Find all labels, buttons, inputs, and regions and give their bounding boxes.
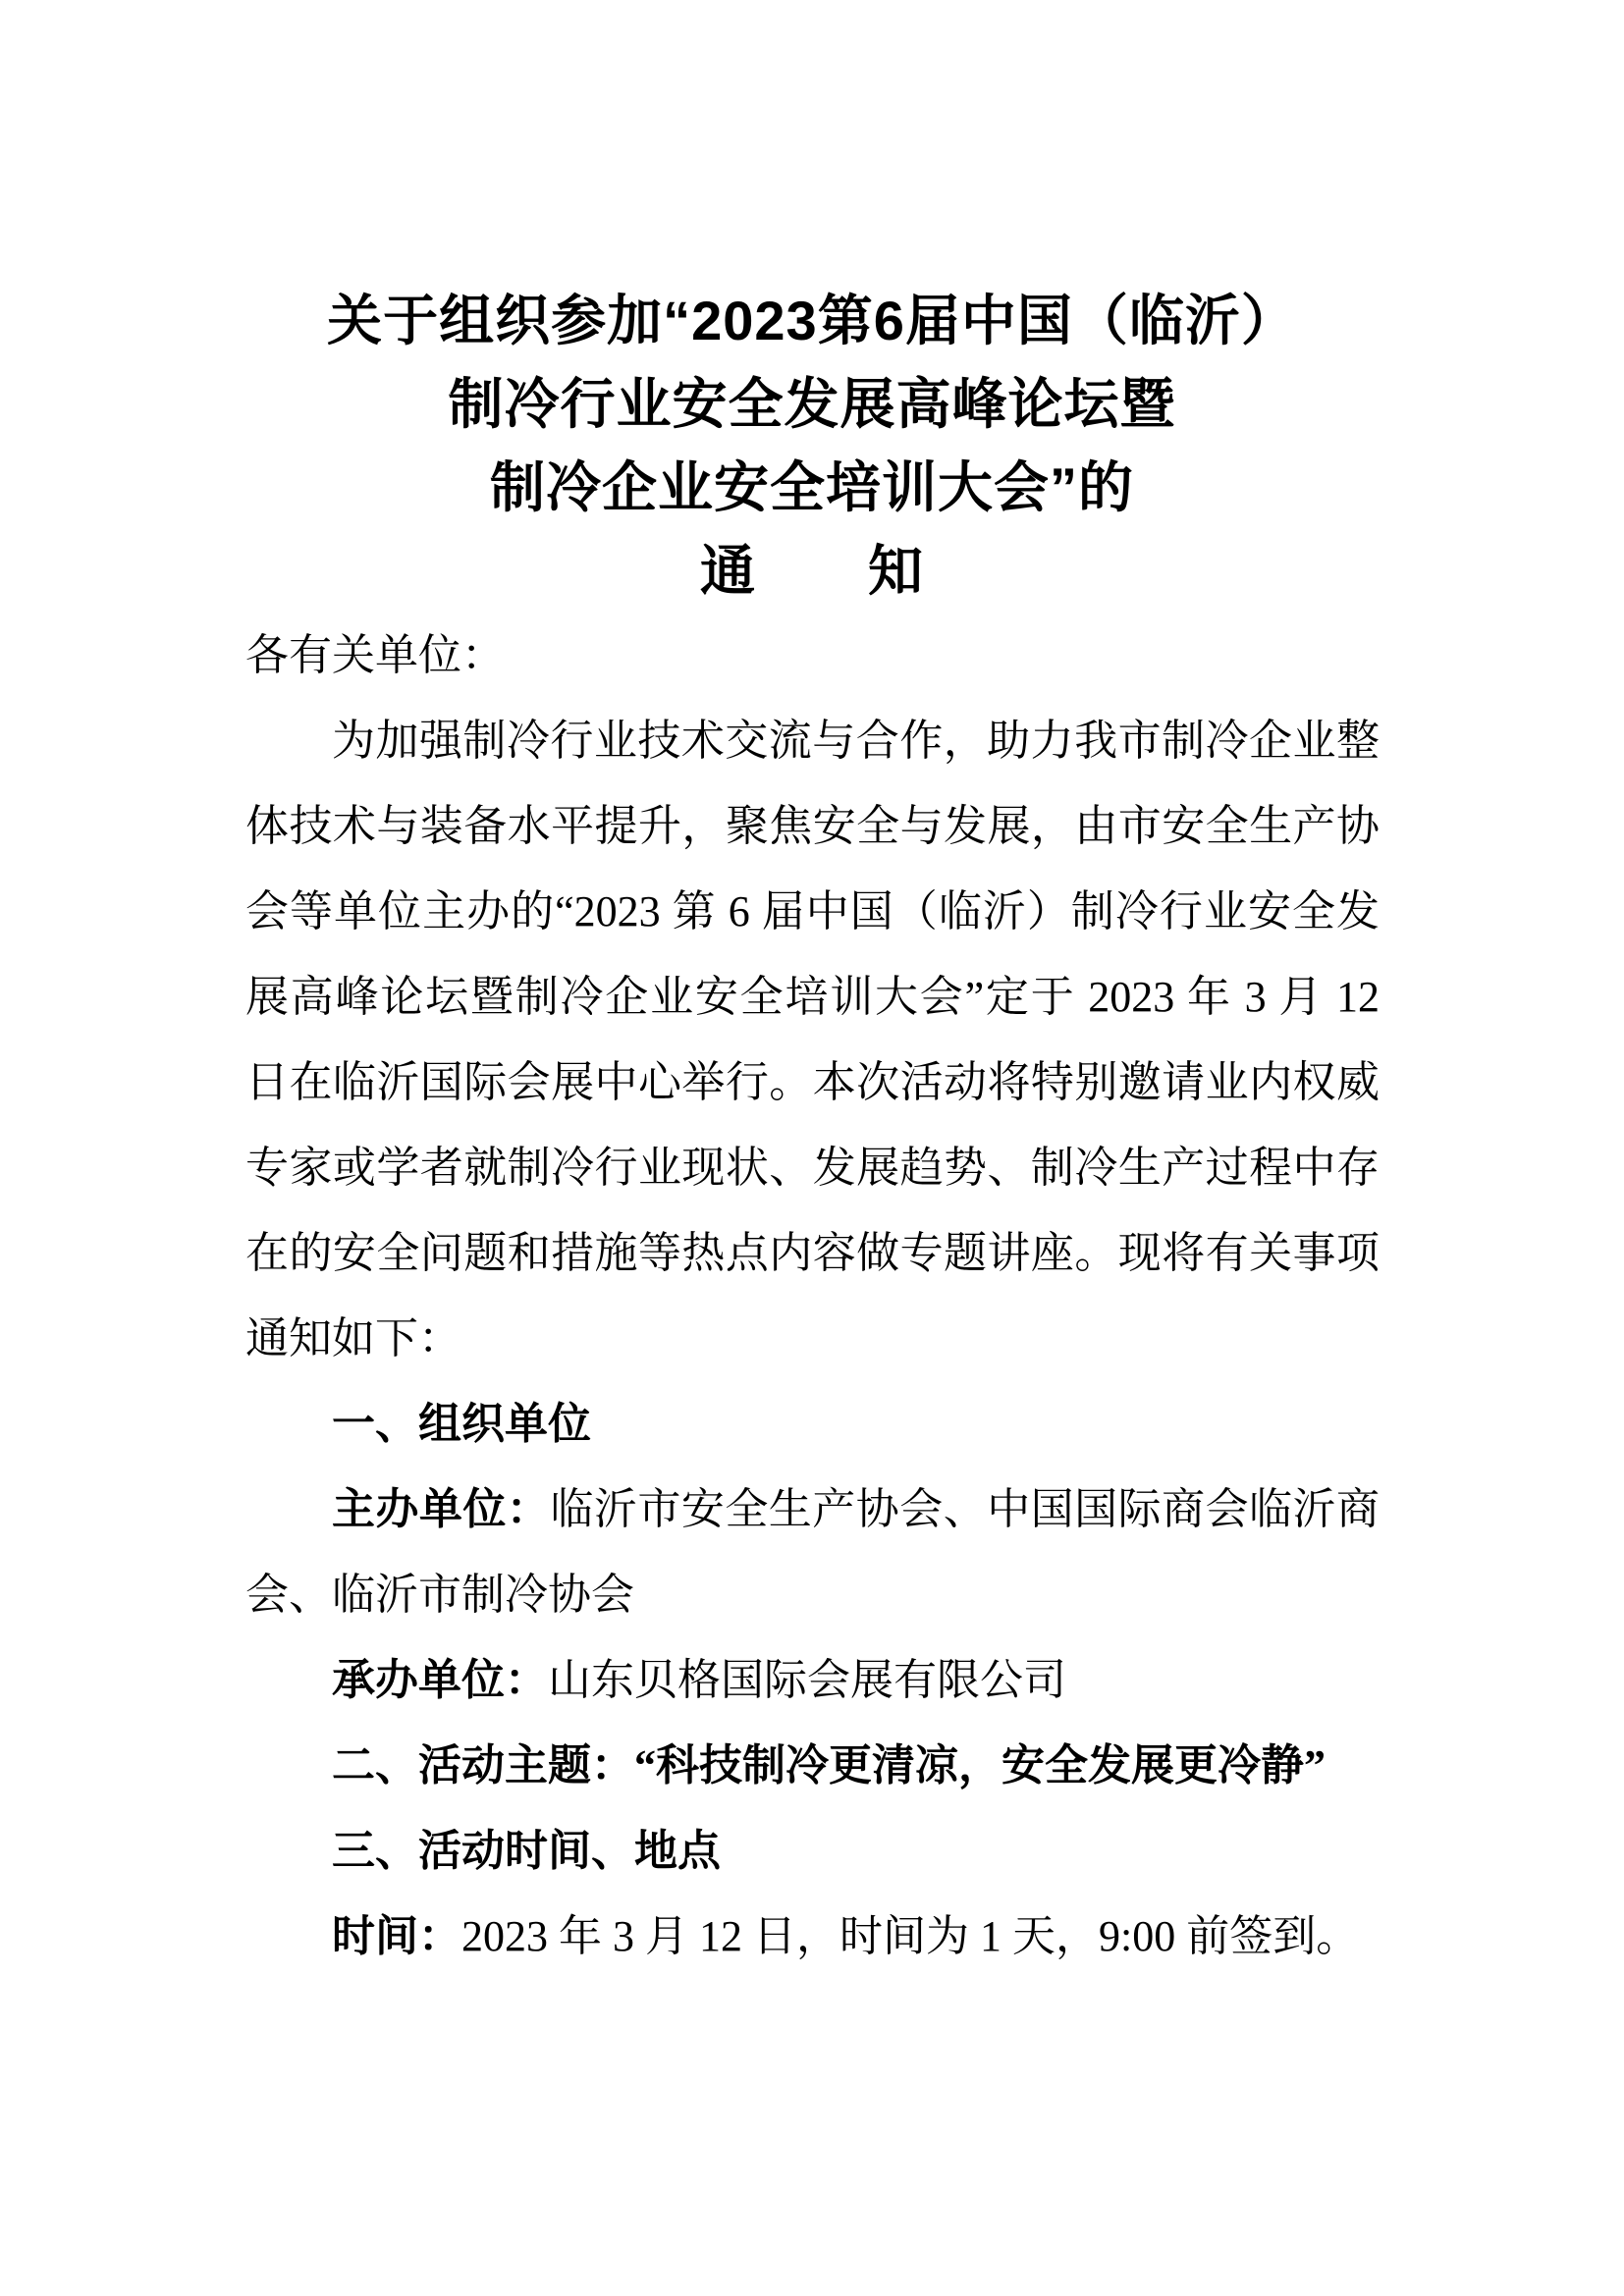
section-2-heading: 二、活动主题：“科技制冷更清凉，安全发展更冷静” bbox=[245, 1723, 1380, 1808]
title-line-2: 制冷行业安全发展高峰论坛暨 bbox=[226, 362, 1398, 446]
host-unit-paragraph: 主办单位：临沂市安全生产协会、中国国际商会临沂商会、临沂市制冷协会 bbox=[245, 1467, 1380, 1637]
intro-paragraph: 为加强制冷行业技术交流与合作，助力我市制冷企业整体技术与装备水平提升，聚焦安全与… bbox=[245, 698, 1380, 1381]
section-1-heading: 一、组织单位 bbox=[245, 1381, 1380, 1467]
time-value: 2023 年 3 月 12 日，时间为 1 天，9:00 前签到。 bbox=[461, 1912, 1359, 1960]
document-body: 各有关单位： 为加强制冷行业技术交流与合作，助力我市制冷企业整体技术与装备水平提… bbox=[245, 613, 1380, 1979]
title-line-1: 关于组织参加“2023第6届中国（临沂） bbox=[226, 279, 1398, 362]
section-2-heading-label: 二、活动主题： bbox=[332, 1741, 634, 1789]
time-paragraph: 时间：2023 年 3 月 12 日，时间为 1 天，9:00 前签到。 bbox=[245, 1894, 1380, 1979]
document-title: 关于组织参加“2023第6届中国（临沂） 制冷行业安全发展高峰论坛暨 制冷企业安… bbox=[226, 279, 1398, 613]
organizer-unit-label: 承办单位： bbox=[332, 1656, 548, 1704]
time-label: 时间： bbox=[332, 1912, 461, 1960]
organizer-unit-value: 山东贝格国际会展有限公司 bbox=[548, 1656, 1066, 1704]
salutation: 各有关单位： bbox=[245, 613, 1380, 698]
section-3-heading: 三、活动时间、地点 bbox=[245, 1808, 1380, 1894]
title-line-3: 制冷企业安全培训大会”的 bbox=[226, 446, 1398, 529]
host-unit-label: 主办单位： bbox=[332, 1485, 550, 1533]
organizer-unit-paragraph: 承办单位：山东贝格国际会展有限公司 bbox=[245, 1637, 1380, 1723]
notice-document-page: 关于组织参加“2023第6届中国（临沂） 制冷行业安全发展高峰论坛暨 制冷企业安… bbox=[0, 0, 1624, 2296]
title-line-4: 通 知 bbox=[226, 529, 1398, 613]
activity-theme: “科技制冷更清凉，安全发展更冷静” bbox=[634, 1741, 1326, 1789]
